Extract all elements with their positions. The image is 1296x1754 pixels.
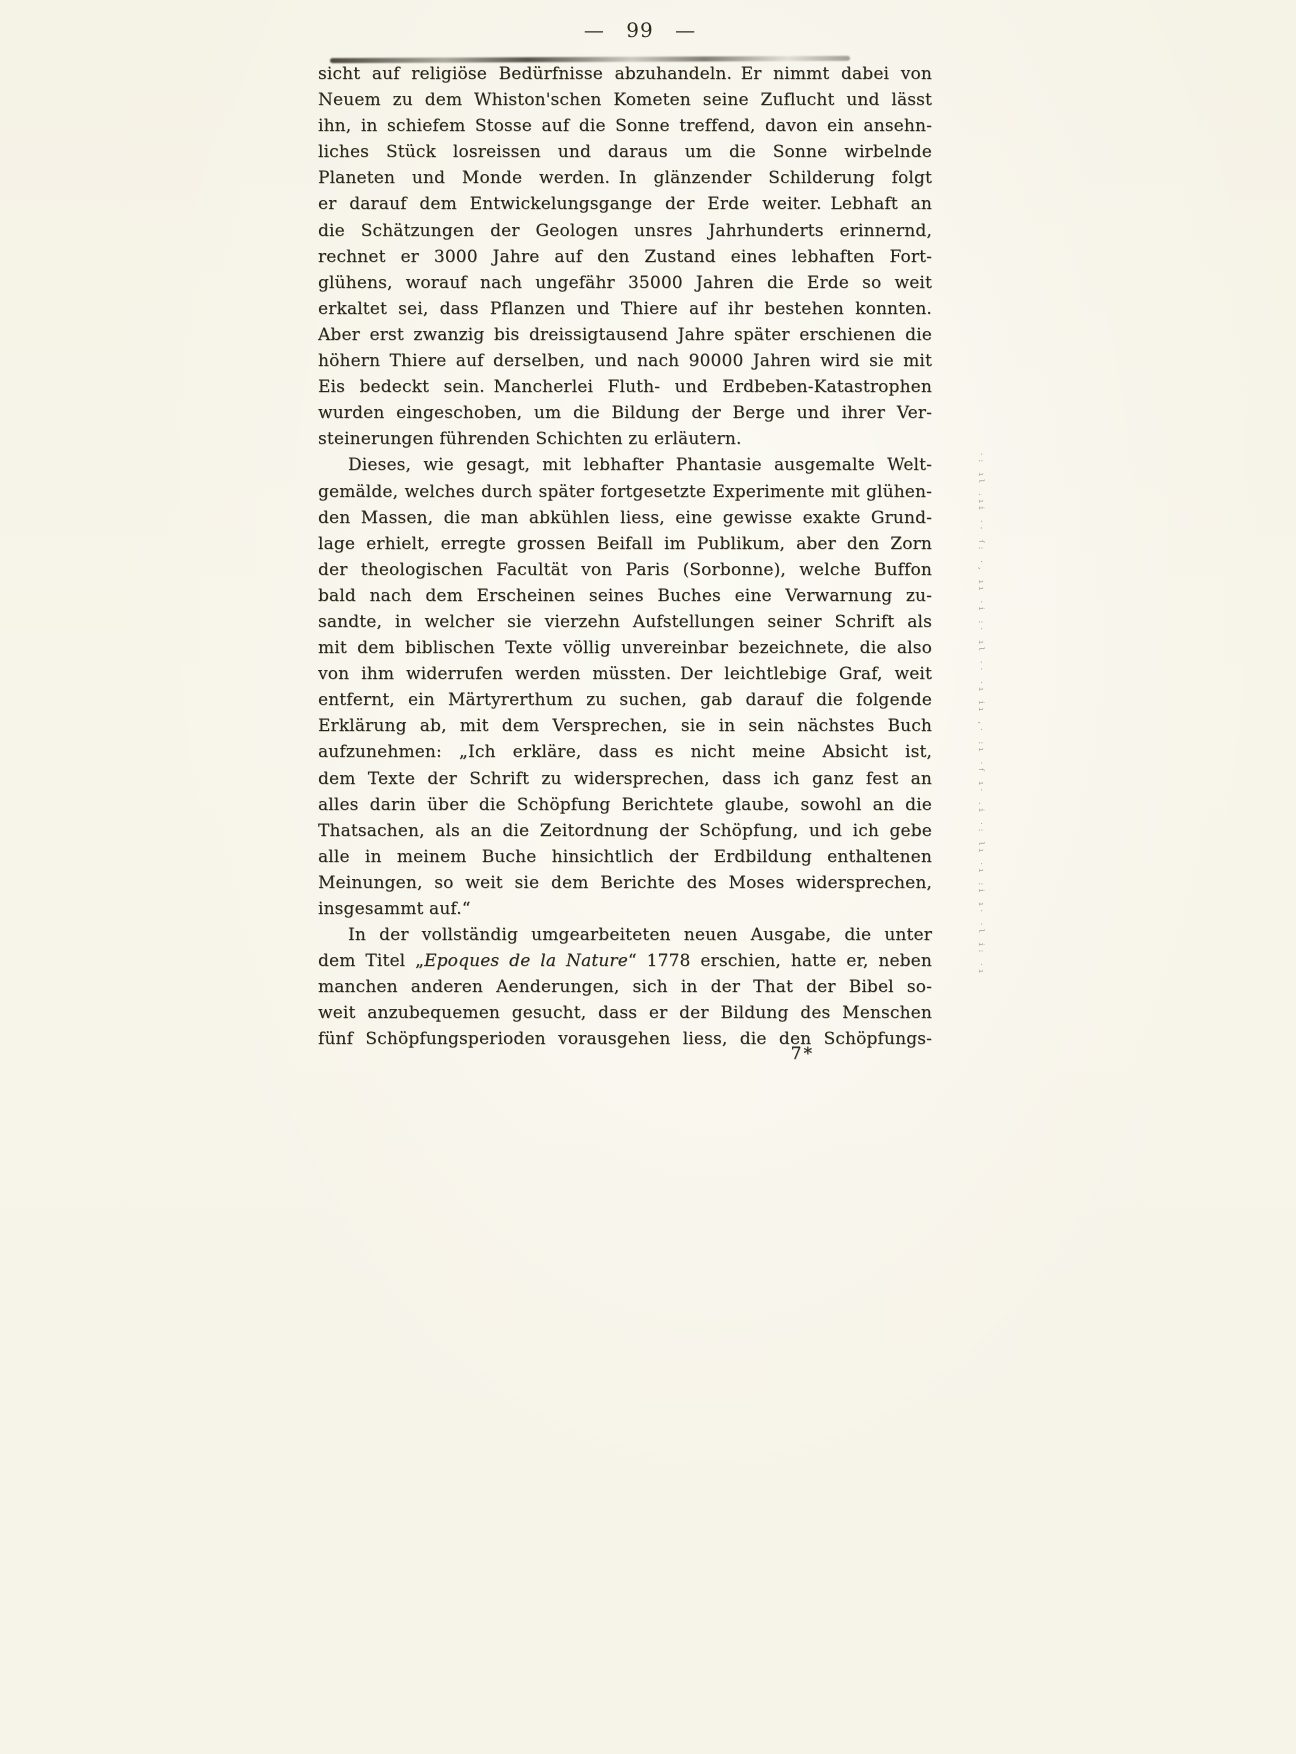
text-run: ihn, in schiefem Stosse auf die Sonne tr… bbox=[318, 116, 932, 136]
text-run: wurden eingeschoben, um die Bildung der … bbox=[318, 403, 932, 423]
text-line: glühens, worauf nach ungefähr 35000 Jahr… bbox=[318, 270, 932, 296]
text-line: erkaltet sei, dass Pflanzen und Thiere a… bbox=[318, 296, 932, 322]
signature-mark: 7* bbox=[791, 1044, 814, 1064]
text-line: dem Texte der Schrift zu widersprechen, … bbox=[318, 766, 932, 792]
text-run: steinerungen führenden Schichten zu erlä… bbox=[318, 429, 742, 449]
text-run: “ 1778 erschien, hatte er, neben bbox=[628, 951, 932, 971]
text-line: manchen anderen Aenderungen, sich in der… bbox=[318, 974, 932, 1000]
text-line: rechnet er 3000 Jahre auf den Zustand ei… bbox=[318, 244, 932, 270]
text-line: ihn, in schiefem Stosse auf die Sonne tr… bbox=[318, 113, 932, 139]
text-run: Meinungen, so weit sie dem Berichte des … bbox=[318, 873, 932, 893]
text-line: höhern Thiere auf derselben, und nach 90… bbox=[318, 348, 932, 374]
text-line: Thatsachen, als an die Zeitordnung der S… bbox=[318, 818, 932, 844]
text-line: alles darin über die Schöpfung Berichtet… bbox=[318, 792, 932, 818]
page-header: — 99 — bbox=[0, 18, 1280, 42]
text-run: manchen anderen Aenderungen, sich in der… bbox=[318, 977, 932, 997]
text-run: lage erhielt, erregte grossen Beifall im… bbox=[318, 534, 932, 554]
text-run: der theologischen Facultät von Paris (So… bbox=[318, 560, 932, 580]
text-run: höhern Thiere auf derselben, und nach 90… bbox=[318, 351, 932, 371]
text-run: Eis bedeckt sein. Mancherlei Fluth- und … bbox=[318, 377, 932, 397]
text-run: dem Texte der Schrift zu widersprechen, … bbox=[318, 769, 932, 789]
text-run: den Massen, die man abkühlen liess, eine… bbox=[318, 508, 932, 528]
signature-mark-row: 7* bbox=[318, 1044, 932, 1064]
book-page: — 99 — sicht auf religiöse Bedürfnisse a… bbox=[0, 0, 1296, 1754]
margin-bleedthrough-marks: ·: ıl .ıi ·- ſ: ·, ıı ·i :· ıl -· ·ı iı … bbox=[971, 452, 985, 1097]
text-line: Dieses, wie gesagt, mit lebhafter Phanta… bbox=[318, 452, 932, 478]
text-line: Planeten und Monde werden. In glänzender… bbox=[318, 165, 932, 191]
text-line: sicht auf religiöse Bedürfnisse abzuhand… bbox=[318, 61, 932, 87]
text-line: die Schätzungen der Geologen unsres Jahr… bbox=[318, 218, 932, 244]
text-run: insgesammt auf.“ bbox=[318, 899, 471, 919]
text-run: liches Stück losreissen und daraus um di… bbox=[318, 142, 932, 162]
text-line: steinerungen führenden Schichten zu erlä… bbox=[318, 426, 932, 452]
text-run: rechnet er 3000 Jahre auf den Zustand ei… bbox=[318, 247, 932, 267]
text-line: alle in meinem Buche hinsichtlich der Er… bbox=[318, 844, 932, 870]
text-run: alles darin über die Schöpfung Berichtet… bbox=[318, 795, 932, 815]
text-run: die Schätzungen der Geologen unsres Jahr… bbox=[318, 221, 932, 241]
text-run: Erklärung ab, mit dem Versprechen, sie i… bbox=[318, 716, 932, 736]
text-run: er darauf dem Entwickelungsgange der Erd… bbox=[318, 194, 932, 214]
text-run: Planeten und Monde werden. In glänzender… bbox=[318, 168, 932, 188]
text-line: wurden eingeschoben, um die Bildung der … bbox=[318, 400, 932, 426]
text-run: Neuem zu dem Whiston'schen Kometen seine… bbox=[318, 90, 932, 110]
text-run: erkaltet sei, dass Pflanzen und Thiere a… bbox=[318, 299, 932, 319]
text-line: bald nach dem Erscheinen seines Buches e… bbox=[318, 583, 932, 609]
text-run: alle in meinem Buche hinsichtlich der Er… bbox=[318, 847, 932, 867]
text-line: liches Stück losreissen und daraus um di… bbox=[318, 139, 932, 165]
text-run: gemälde, welches durch später fortgesetz… bbox=[318, 482, 932, 502]
text-run: aufzunehmen: „Ich erkläre, dass es nicht… bbox=[318, 742, 932, 762]
text-line: der theologischen Facultät von Paris (So… bbox=[318, 557, 932, 583]
text-line: weit anzubequemen gesucht, dass er der B… bbox=[318, 1000, 932, 1026]
text-line: sandte, in welcher sie vierzehn Aufstell… bbox=[318, 609, 932, 635]
text-line: gemälde, welches durch später fortgesetz… bbox=[318, 479, 932, 505]
text-run: Thatsachen, als an die Zeitordnung der S… bbox=[318, 821, 932, 841]
text-line: den Massen, die man abkühlen liess, eine… bbox=[318, 505, 932, 531]
text-run: In der vollständig umgearbeiteten neuen … bbox=[348, 925, 932, 945]
text-run: mit dem biblischen Texte völlig unverein… bbox=[318, 638, 932, 658]
text-line: Eis bedeckt sein. Mancherlei Fluth- und … bbox=[318, 374, 932, 400]
text-line: er darauf dem Entwickelungsgange der Erd… bbox=[318, 191, 932, 217]
text-line: aufzunehmen: „Ich erkläre, dass es nicht… bbox=[318, 739, 932, 765]
text-line: Meinungen, so weit sie dem Berichte des … bbox=[318, 870, 932, 896]
text-line: dem Titel „Epoques de la Nature“ 1778 er… bbox=[318, 948, 932, 974]
text-line: In der vollständig umgearbeiteten neuen … bbox=[318, 922, 932, 948]
text-run: dem Titel „ bbox=[318, 951, 424, 971]
page-number: — 99 — bbox=[584, 18, 696, 42]
text-line: entfernt, ein Märtyrerthum zu suchen, ga… bbox=[318, 687, 932, 713]
text-run: sicht auf religiöse Bedürfnisse abzuhand… bbox=[318, 64, 932, 84]
text-line: insgesammt auf.“ bbox=[318, 896, 932, 922]
text-run: entfernt, ein Märtyrerthum zu suchen, ga… bbox=[318, 690, 932, 710]
text-run: weit anzubequemen gesucht, dass er der B… bbox=[318, 1003, 932, 1023]
text-run: bald nach dem Erscheinen seines Buches e… bbox=[318, 586, 932, 606]
text-line: von ihm widerrufen werden müssten. Der l… bbox=[318, 661, 932, 687]
text-column: sicht auf religiöse Bedürfnisse abzuhand… bbox=[318, 61, 932, 1053]
text-line: lage erhielt, erregte grossen Beifall im… bbox=[318, 531, 932, 557]
text-run: Dieses, wie gesagt, mit lebhafter Phanta… bbox=[348, 455, 932, 475]
text-line: mit dem biblischen Texte völlig unverein… bbox=[318, 635, 932, 661]
text-line: Aber erst zwanzig bis dreissigtausend Ja… bbox=[318, 322, 932, 348]
text-line: Erklärung ab, mit dem Versprechen, sie i… bbox=[318, 713, 932, 739]
text-run: sandte, in welcher sie vierzehn Aufstell… bbox=[318, 612, 932, 632]
text-line: Neuem zu dem Whiston'schen Kometen seine… bbox=[318, 87, 932, 113]
text-run: glühens, worauf nach ungefähr 35000 Jahr… bbox=[318, 273, 932, 293]
text-run: von ihm widerrufen werden müssten. Der l… bbox=[318, 664, 932, 684]
text-run: Aber erst zwanzig bis dreissigtausend Ja… bbox=[318, 325, 932, 345]
book-title-italic: Epoques de la Nature bbox=[424, 951, 628, 971]
